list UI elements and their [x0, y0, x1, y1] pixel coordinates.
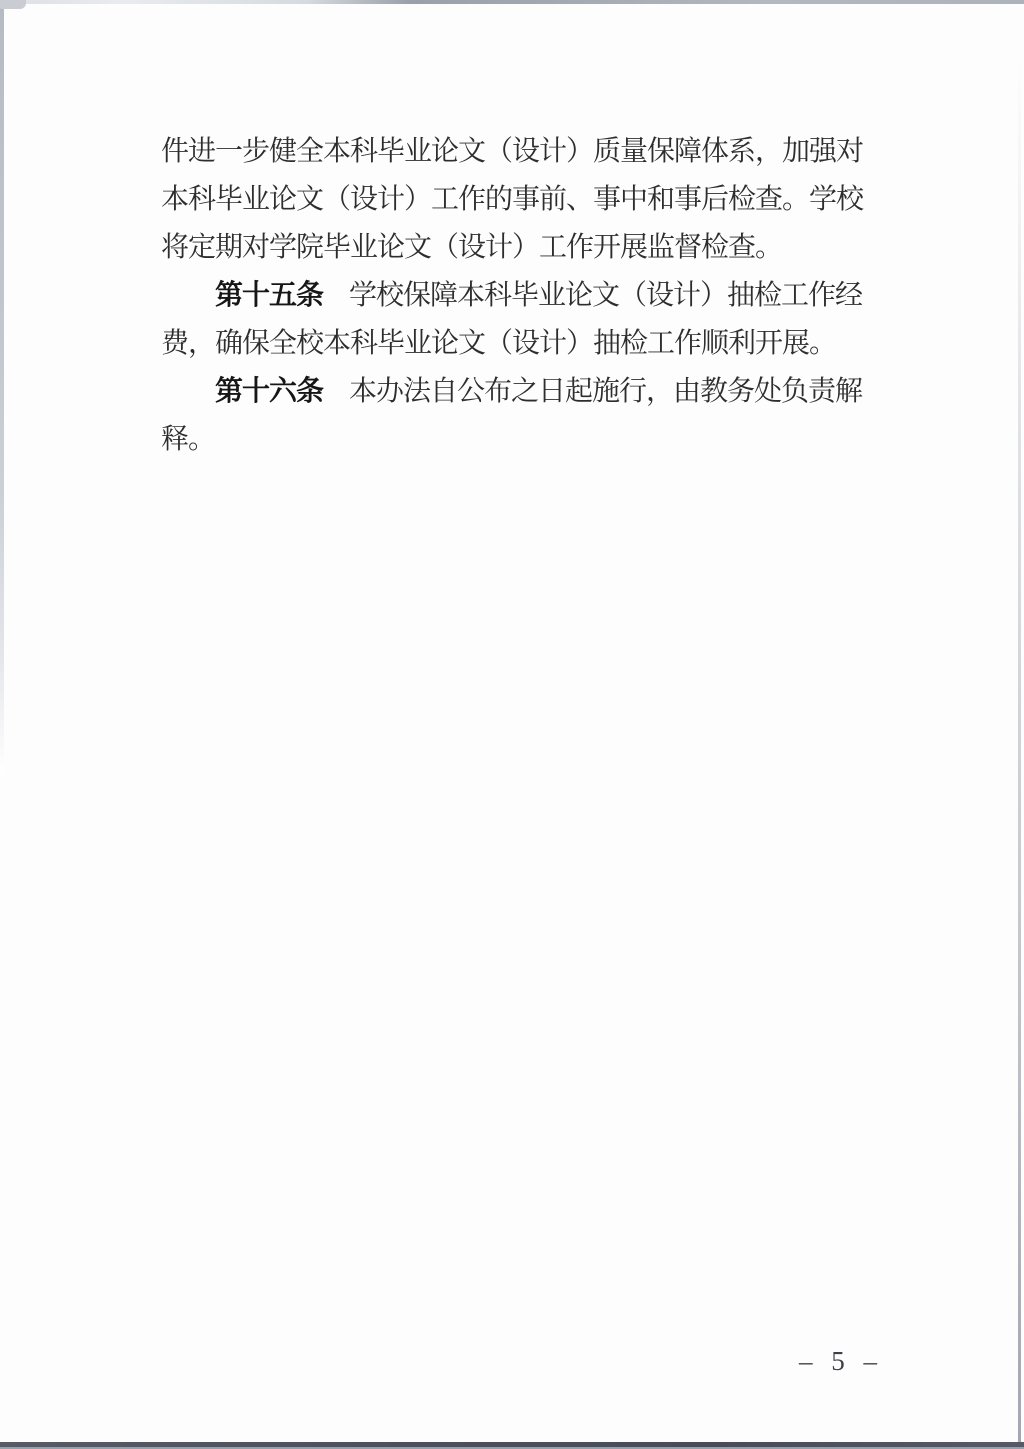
line-text: 费，确保全校本科毕业论文（设计）抽检工作顺利开展。 — [161, 328, 836, 359]
body-text: 件进一步健全本科毕业论文（设计）质量保障体系，加强对 本科毕业论文（设计）工作的… — [161, 128, 921, 464]
text-line: 释。 — [161, 416, 921, 464]
text-line: 件进一步健全本科毕业论文（设计）质量保障体系，加强对 — [161, 128, 921, 176]
page-number: – 5 – — [799, 1346, 883, 1377]
line-text: 本科毕业论文（设计）工作的事前、事中和事后检查。学校 — [161, 184, 863, 215]
scan-edge-top — [0, 0, 1024, 4]
text-line: 费，确保全校本科毕业论文（设计）抽检工作顺利开展。 — [161, 320, 921, 368]
text-line-article-15: 第十五条学校保障本科毕业论文（设计）抽检工作经 — [161, 272, 921, 320]
line-text: 将定期对学院毕业论文（设计）工作开展监督检查。 — [161, 232, 782, 263]
text-line: 本科毕业论文（设计）工作的事前、事中和事后检查。学校 — [161, 176, 921, 224]
line-text: 释。 — [161, 424, 215, 455]
line-text: 学校保障本科毕业论文（设计）抽检工作经 — [349, 280, 862, 311]
scan-edge-right — [1018, 60, 1021, 1443]
article-number-label: 第十六条 — [215, 376, 323, 407]
scan-corner-artifact — [0, 0, 26, 9]
line-text: 本办法自公布之日起施行，由教务处负责解 — [349, 376, 862, 407]
article-number-label: 第十五条 — [215, 280, 323, 311]
text-line-article-16: 第十六条本办法自公布之日起施行，由教务处负责解 — [161, 368, 921, 416]
text-line: 将定期对学院毕业论文（设计）工作开展监督检查。 — [161, 224, 921, 272]
line-text: 件进一步健全本科毕业论文（设计）质量保障体系，加强对 — [161, 136, 863, 167]
scan-edge-left — [0, 0, 4, 775]
document-page: 件进一步健全本科毕业论文（设计）质量保障体系，加强对 本科毕业论文（设计）工作的… — [0, 0, 1024, 1449]
